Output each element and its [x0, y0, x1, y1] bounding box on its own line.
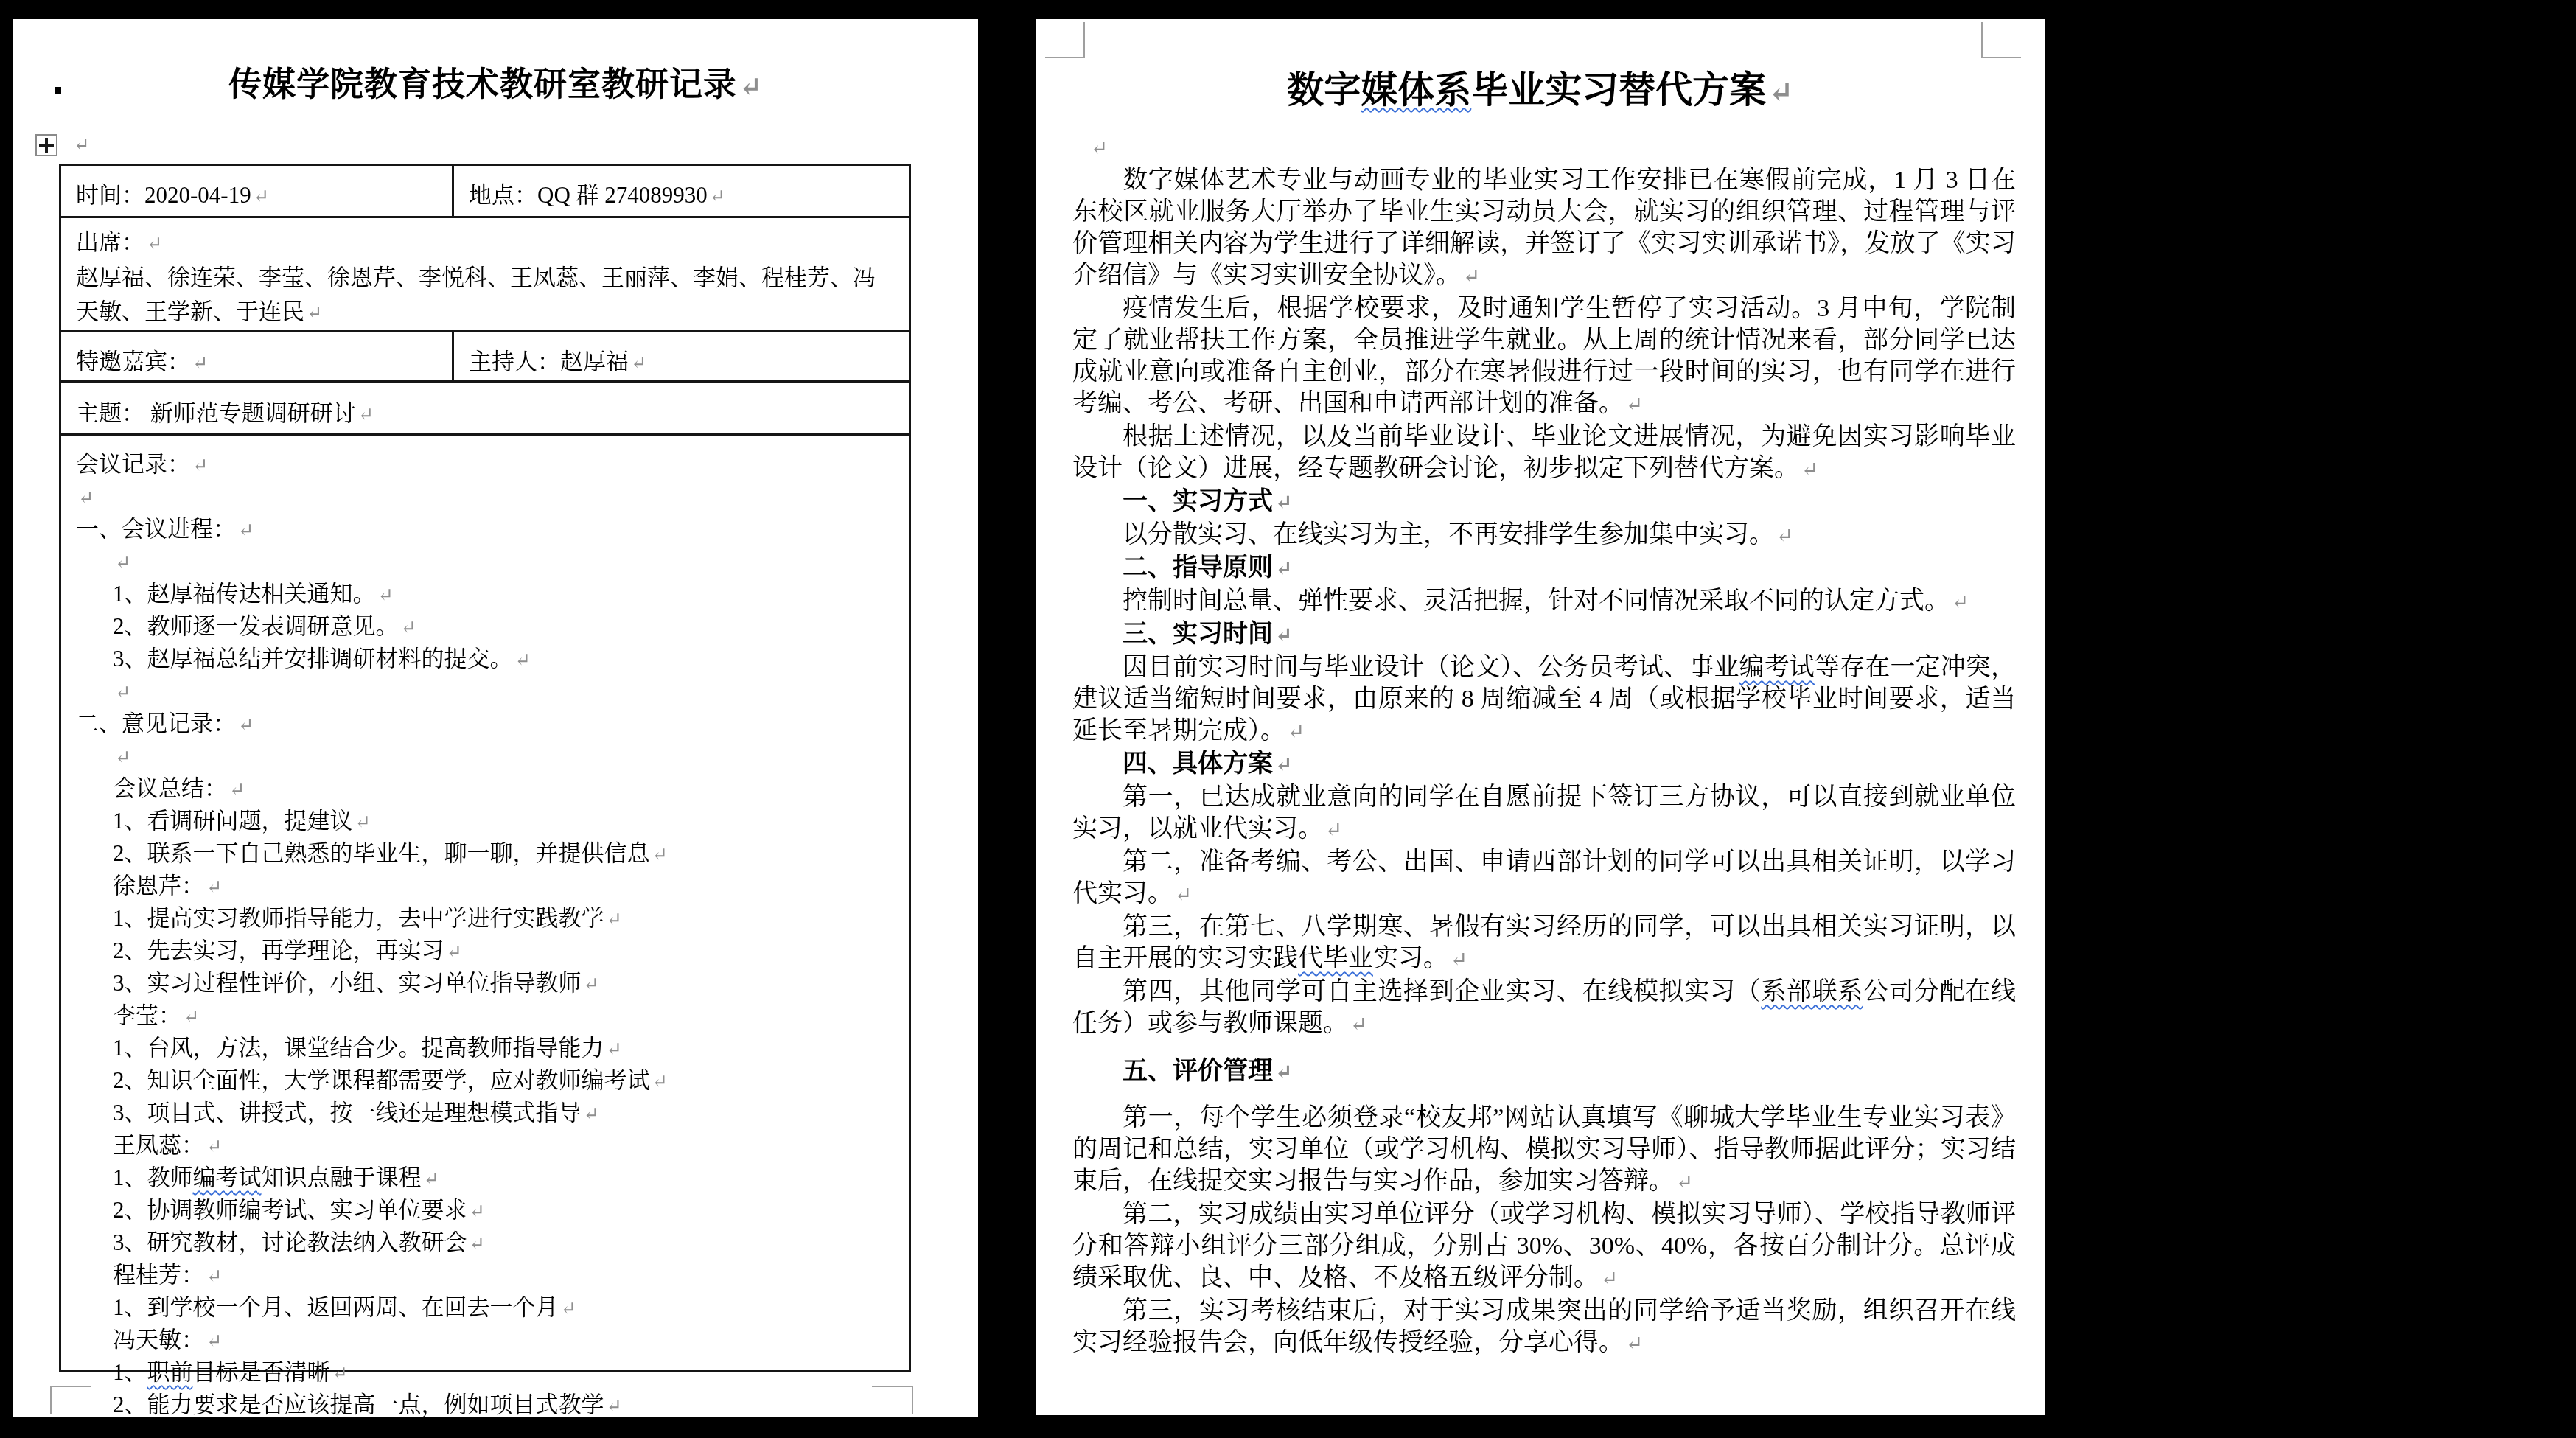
record-line: 3、研究教材，讨论教法纳入教研会↵: [61, 1227, 909, 1260]
pilcrow-mark: ↵: [604, 1396, 622, 1417]
paragraph-text: 数字媒体艺术专业与动画专业的毕业实习工作安排已在寒假前完成，1 月 3 日在东校…: [1072, 167, 2016, 289]
record-line: 3、赵厚福总结并安排调研材料的提交。↵: [61, 643, 909, 676]
right-page-body: ↵ 数字媒体艺术专业与动画专业的毕业实习工作安排已在寒假前完成，1 月 3 日在…: [1072, 131, 2016, 1360]
pilcrow-mark: ↵: [1774, 525, 1793, 548]
pilcrow-mark: ↵: [650, 845, 668, 865]
pilcrow-mark: ↵: [353, 812, 371, 833]
place-text: 地点：QQ 群 274089930: [469, 182, 708, 208]
pilcrow-mark: ↵: [144, 234, 162, 254]
paragraph-text: 以分散实习、在线实习为主，不再安排学生参加集中实习。: [1123, 521, 1774, 548]
record-line-text: 2、知识全面性，大学课程都需要学，应对教师编考试: [113, 1067, 650, 1093]
record-line-text: 1、台风，方法，课堂结合少。提高教师指导能力: [113, 1035, 604, 1061]
paragraph-text: 因目前实习时间与毕业设计（论文）、公务员考试、事业: [1123, 654, 1739, 681]
paragraph-internship-mode: 以分散实习、在线实习为主，不再安排学生参加集中实习。↵: [1072, 519, 2016, 552]
left-page-title: 传媒学院教育技术教研室教研记录↵: [13, 57, 978, 105]
pilcrow-mark: ↵: [467, 1201, 485, 1222]
record-line: 王凤蕊：↵: [61, 1130, 909, 1162]
record-line: 一、会议进程：↵: [61, 514, 909, 546]
record-line: ↵: [61, 741, 909, 773]
pilcrow-mark: ↵: [204, 877, 222, 898]
record-line: 徐恩芹：↵: [61, 870, 909, 903]
table-row-minutes: 会议记录：↵ ↵ 一、会议进程：↵ ↵ 1、赵厚福传达相关通知。↵ 2、教师逐一…: [61, 433, 909, 1370]
record-line-text: 3、实习过程性评价，小组、实习单位指导教师: [113, 970, 582, 996]
heading-evaluation-management: 五、评价管理↵: [1072, 1055, 2016, 1089]
pilcrow-mark: ↵: [513, 650, 531, 671]
pilcrow-mark: ↵: [1273, 558, 1292, 581]
pilcrow-mark: ↵: [1950, 591, 1969, 614]
pilcrow-mark: ↵: [1599, 1268, 1618, 1291]
heading-internship-mode: 一、实习方式↵: [1072, 486, 2016, 519]
paragraph-evaluation-1: 第一，每个学生必须登录“校友邦”网站认真填写《聊城大学毕业生专业实习表》的周记和…: [1072, 1102, 2016, 1198]
table-move-handle-icon[interactable]: [35, 134, 57, 156]
heading-guiding-principles: 二、指导原则↵: [1072, 552, 2016, 585]
pilcrow-mark: ↵: [737, 71, 763, 102]
pilcrow-mark: ↵: [190, 456, 208, 476]
pilcrow-mark: ↵: [629, 353, 646, 374]
pilcrow-mark: ↵: [1624, 1333, 1643, 1355]
time-cell: 时间：2020-04-19↵: [61, 166, 452, 216]
pilcrow-mark: ↵: [1273, 624, 1292, 647]
record-line-text: 2、联系一下自己熟悉的毕业生，聊一聊，并提供信息: [113, 840, 650, 866]
record-line: 1、提高实习教师指导能力，去中学进行实践教学↵: [61, 903, 909, 935]
topic-text: 主题： 新师范专题调研研讨: [76, 400, 356, 426]
time-text: 时间：2020-04-19: [76, 182, 251, 208]
empty-paragraph: ↵: [1072, 131, 2016, 164]
pilcrow-mark: ↵: [1674, 1171, 1693, 1194]
pilcrow-mark: ↵: [181, 1007, 199, 1027]
record-line-text: 王凤蕊：: [113, 1132, 204, 1158]
record-line: 2、联系一下自己熟悉的毕业生，聊一聊，并提供信息↵: [61, 838, 909, 870]
pilcrow-mark: ↵: [1624, 394, 1643, 416]
heading-text: 二、指导原则: [1123, 554, 1273, 582]
record-line-text: 知识点融于课程: [262, 1165, 422, 1190]
record-line: 2、教师逐一发表调研意见。↵: [61, 611, 909, 643]
margin-mark-top-left: [1045, 22, 1085, 58]
host-cell: 主持人：赵厚福↵: [452, 332, 909, 380]
left-document-page: 传媒学院教育技术教研室教研记录↵ ↵ 时间：2020-04-19↵ 地点：QQ …: [13, 19, 978, 1417]
pilcrow-mark: ↵: [330, 1364, 348, 1384]
attendees-label: 出席：: [76, 229, 144, 255]
record-line-text: 1、教师: [113, 1165, 193, 1190]
pilcrow-mark: ↵: [74, 134, 90, 156]
record-line-text: 一、会议进程：: [76, 516, 236, 542]
attendees-names: 赵厚福、徐连荣、李莹、徐恩芹、李悦科、王凤蕊、王丽萍、李娟、程桂芳、冯天敏、王学…: [76, 265, 876, 324]
misspell-squiggle-text: 编考试: [1739, 654, 1815, 681]
paragraph-intro-3: 根据上述情况，以及当前毕业设计、毕业论文进展情况，为避免因实习影响毕业设计（论文…: [1072, 421, 2016, 486]
record-line: 1、看调研问题，提建议↵: [61, 806, 909, 838]
pilcrow-mark: ↵: [1448, 949, 1467, 971]
screenshot-canvas: 传媒学院教育技术教研室教研记录↵ ↵ 时间：2020-04-19↵ 地点：QQ …: [0, 0, 2576, 1438]
record-line-text: 3、研究教材，讨论教法纳入教研会: [113, 1229, 467, 1255]
paragraph-guiding-principles: 控制时间总量、弹性要求、灵活把握，针对不同情况采取不同的认定方式。↵: [1072, 585, 2016, 618]
heading-internship-time: 三、实习时间↵: [1072, 618, 2016, 652]
pilcrow-mark: ↵: [1273, 492, 1292, 514]
record-line: 2、知识全面性，大学课程都需要学，应对教师编考试↵: [61, 1065, 909, 1097]
paragraph-plan-3: 第三，在第七、八学期寒、暑假有实习经历的同学，可以出具相关实习证明，以自主开展的…: [1072, 911, 2016, 976]
record-line: 2、协调教师编考试、实习单位要求↵: [61, 1195, 909, 1227]
record-line: 1、教师编考试知识点融于课程↵: [61, 1162, 909, 1195]
left-page-title-text: 传媒学院教育技术教研室教研记录: [228, 66, 737, 103]
paragraph-text: 第四，其他同学可自主选择到企业实习、在线模拟实习（: [1123, 978, 1761, 1005]
pilcrow-mark: ↵: [1348, 1013, 1367, 1036]
record-line: 2、能力要求是否应该提高一点，例如项目式教学↵: [61, 1389, 909, 1422]
pilcrow-mark: ↵: [76, 488, 94, 509]
table-row-time-place: 时间：2020-04-19↵ 地点：QQ 群 274089930↵: [61, 166, 909, 216]
misspell-squiggle-text: 职前: [147, 1359, 193, 1385]
pilcrow-mark: ↵: [356, 405, 374, 425]
pilcrow-mark: ↵: [1089, 137, 1108, 160]
record-line-text: 2、先去实习，再学理论，再实习: [113, 938, 444, 963]
record-line: 冯天敏：↵: [61, 1324, 909, 1357]
table-row-attendees: 出席：↵ 赵厚福、徐连荣、李莹、徐恩芹、李悦科、王凤蕊、王丽萍、李娟、程桂芳、冯…: [61, 216, 909, 330]
guest-cell: 特邀嘉宾：↵: [61, 332, 452, 380]
pilcrow-mark: ↵: [204, 1331, 222, 1352]
pilcrow-mark: ↵: [708, 186, 725, 207]
pilcrow-mark: ↵: [304, 303, 322, 324]
paragraph-intro-1: 数字媒体艺术专业与动画专业的毕业实习工作安排已在寒假前完成，1 月 3 日在东校…: [1072, 164, 2016, 293]
record-line-text: 程桂芳：: [113, 1262, 204, 1288]
heading-specific-plan: 四、具体方案↵: [1072, 748, 2016, 781]
margin-mark-bottom-left: [50, 1386, 91, 1414]
record-line-text: 1、看调研问题，提建议: [113, 808, 353, 834]
pilcrow-mark: ↵: [604, 1039, 622, 1060]
table-row-topic: 主题： 新师范专题调研研讨↵: [61, 380, 909, 433]
record-line-text: 3、赵厚福总结并安排调研材料的提交。: [113, 646, 513, 671]
pilcrow-mark: ↵: [650, 1072, 668, 1092]
record-line: 3、实习过程性评价，小组、实习单位指导教师↵: [61, 968, 909, 1000]
record-line-text: 徐恩芹：: [113, 873, 204, 898]
record-line-text: 会议记录：: [76, 451, 190, 477]
record-line: 1、职前目标是否清晰↵: [61, 1357, 909, 1389]
record-line-text: 2、教师逐一发表调研意见。: [113, 613, 399, 639]
record-line: 3、项目式、讲授式，按一线还是理想模式指导↵: [61, 1097, 909, 1130]
attendees-names-line: 赵厚福、徐连荣、李莹、徐恩芹、李悦科、王凤蕊、王丽萍、李娟、程桂芳、冯天敏、王学…: [76, 261, 894, 330]
heading-text: 三、实习时间: [1123, 621, 1273, 648]
paragraph-text: 根据上述情况，以及当前毕业设计、毕业论文进展情况，为避免因实习影响毕业设计（论文…: [1072, 423, 2016, 482]
heading-text: 五、评价管理: [1123, 1058, 1273, 1085]
guest-label: 特邀嘉宾：: [76, 349, 190, 374]
record-line-text: 3、项目式、讲授式，按一线还是理想模式指导: [113, 1100, 582, 1125]
margin-mark-bottom-right: [872, 1386, 913, 1414]
record-line-text: 1、提高实习教师指导能力，去中学进行实践教学: [113, 905, 604, 931]
record-line: 1、到学校一个月、返回两周、在回去一个月↵: [61, 1292, 909, 1324]
record-line: 程桂芳：↵: [61, 1260, 909, 1292]
pilcrow-mark: ↵: [1273, 754, 1292, 777]
pilcrow-mark: ↵: [1766, 75, 1793, 109]
paragraph-plan-4: 第四，其他同学可自主选择到企业实习、在线模拟实习（系部联系公司分配在线任务）或参…: [1072, 976, 2016, 1041]
paragraph-text: 疫情发生后，根据学校要求，及时通知学生暂停了实习活动。3 月中旬，学院制定了就业…: [1072, 295, 2016, 417]
heading-text: 一、实习方式: [1123, 488, 1273, 515]
record-line-text: 2、协调教师编考试、实习单位要求: [113, 1197, 467, 1223]
pilcrow-mark: ↵: [1273, 1061, 1292, 1084]
record-line-text: 2、能力要求是否应该提高一点，例如项目式教学: [113, 1392, 604, 1417]
pilcrow-mark: ↵: [399, 618, 416, 638]
right-page-title-text: 数字: [1287, 69, 1361, 111]
record-line-text: 1、到学校一个月、返回两周、在回去一个月: [113, 1294, 559, 1320]
record-line-text: 冯天敏：: [113, 1327, 204, 1353]
misspell-squiggle-text: 媒体系: [1361, 69, 1471, 111]
record-line-text: 二、意见记录：: [76, 711, 236, 736]
heading-text: 四、具体方案: [1123, 750, 1273, 778]
record-line: 李莹：↵: [61, 1000, 909, 1033]
pilcrow-mark: ↵: [1285, 721, 1305, 744]
pilcrow-mark: ↵: [236, 715, 254, 736]
table-row-guest-host: 特邀嘉宾：↵ 主持人：赵厚福↵: [61, 330, 909, 380]
misspell-squiggle-text: 编考试: [193, 1165, 262, 1190]
pilcrow-mark: ↵: [1323, 819, 1342, 842]
paragraph-plan-2: 第二，准备考编、考公、出国、申请西部计划的同学可以出具相关证明，以学习代实习。↵: [1072, 846, 2016, 911]
pilcrow-mark: ↵: [1173, 884, 1192, 907]
record-line: ↵: [61, 481, 909, 514]
paragraph-text: 实习。: [1373, 945, 1448, 972]
pilcrow-mark: ↵: [1799, 458, 1818, 481]
host-text: 主持人：赵厚福: [469, 349, 629, 374]
paragraph-text: 第一，已达成就业意向的同学在自愿前提下签订三方协议，可以直接到就业单位实习，以就…: [1072, 783, 2016, 842]
meeting-record-table: 时间：2020-04-19↵ 地点：QQ 群 274089930↵ 出席：↵ 赵…: [59, 164, 911, 1372]
record-line: 1、台风，方法，课堂结合少。提高教师指导能力↵: [61, 1033, 909, 1065]
pilcrow-mark: ↵: [1461, 265, 1480, 288]
record-line-text: 1、赵厚福传达相关通知。: [113, 581, 376, 607]
pilcrow-mark: ↵: [204, 1137, 222, 1157]
misspell-squiggle-text: 系部联系: [1761, 978, 1863, 1005]
pilcrow-mark: ↵: [604, 910, 622, 930]
paragraph-text: 第三，实习考核结束后，对于实习成果突出的同学给予适当奖励，组织召开在线实习经验报…: [1072, 1297, 2016, 1356]
pilcrow-mark: ↵: [444, 942, 462, 963]
record-line: ↵: [61, 676, 909, 708]
pilcrow-mark: ↵: [113, 747, 130, 768]
paragraph-intro-2: 疫情发生后，根据学校要求，及时通知学生暂停了实习活动。3 月中旬，学院制定了就业…: [1072, 293, 2016, 421]
pilcrow-mark: ↵: [467, 1234, 485, 1254]
paragraph-text: 第二，实习成绩由实习单位评分（或学习机构、模拟实习导师）、学校指导教师评分和答辩…: [1072, 1201, 2016, 1291]
record-line: 会议总结：↵: [61, 773, 909, 806]
paragraph-evaluation-3: 第三，实习考核结束后，对于实习成果突出的同学给予适当奖励，组织召开在线实习经验报…: [1072, 1295, 2016, 1360]
record-line-text: 会议总结：: [113, 775, 227, 801]
right-page-title-text: 毕业实习替代方案: [1471, 69, 1766, 111]
paragraph-text: 第一，每个学生必须登录“校友邦”网站认真填写《聊城大学毕业生专业实习表》的周记和…: [1072, 1104, 2016, 1195]
pilcrow-mark: ↵: [190, 353, 208, 374]
place-cell: 地点：QQ 群 274089930↵: [452, 166, 909, 216]
pilcrow-mark: ↵: [227, 780, 245, 800]
record-line: 会议记录：↵: [61, 449, 909, 481]
pilcrow-mark: ↵: [204, 1266, 222, 1287]
paragraph-text: 第二，准备考编、考公、出国、申请西部计划的同学可以出具相关证明，以学习代实习。: [1072, 848, 2016, 907]
paragraph-evaluation-2: 第二，实习成绩由实习单位评分（或学习机构、模拟实习导师）、学校指导教师评分和答辩…: [1072, 1198, 2016, 1295]
table-move-handle-bar: [39, 144, 54, 147]
right-page-title: 数字媒体系毕业实习替代方案↵: [1036, 60, 2045, 114]
pilcrow-mark: ↵: [236, 520, 254, 541]
paragraph-text: 控制时间总量、弹性要求、灵活把握，针对不同情况采取不同的认定方式。: [1123, 587, 1950, 615]
pilcrow-mark: ↵: [582, 974, 599, 995]
pilcrow-mark: ↵: [113, 683, 130, 703]
pilcrow-mark: ↵: [113, 553, 130, 573]
paragraph-internship-time: 因目前实习时间与毕业设计（论文）、公务员考试、事业编考试等存在一定冲突，建议适当…: [1072, 652, 2016, 748]
misspell-squiggle-text: 代毕业: [1298, 945, 1373, 972]
paragraph-plan-1: 第一，已达成就业意向的同学在自愿前提下签订三方协议，可以直接到就业单位实习，以就…: [1072, 781, 2016, 846]
record-line: 二、意见记录：↵: [61, 708, 909, 741]
pilcrow-mark: ↵: [559, 1299, 576, 1319]
record-line: 2、先去实习，再学理论，再实习↵: [61, 935, 909, 968]
margin-mark-top-right: [1981, 22, 2021, 58]
record-line-text: 1、: [113, 1359, 147, 1385]
pilcrow-mark: ↵: [582, 1104, 599, 1125]
record-line-text: 目标是否清晰: [193, 1359, 330, 1385]
record-line: ↵: [61, 546, 909, 579]
right-document-page: 数字媒体系毕业实习替代方案↵ ↵ 数字媒体艺术专业与动画专业的毕业实习工作安排已…: [1036, 19, 2045, 1415]
attendees-label-line: 出席：↵: [76, 226, 894, 261]
record-line-text: 李莹：: [113, 1002, 181, 1028]
pilcrow-mark: ↵: [422, 1169, 439, 1190]
paragraph-text: 第三，在第七、八学期寒、暑假有实习经历的同学，可以出具相关实习证明，以自主开展的…: [1072, 913, 2016, 972]
pilcrow-mark: ↵: [376, 585, 394, 606]
record-line: 1、赵厚福传达相关通知。↵: [61, 579, 909, 611]
pilcrow-mark: ↵: [251, 186, 269, 207]
